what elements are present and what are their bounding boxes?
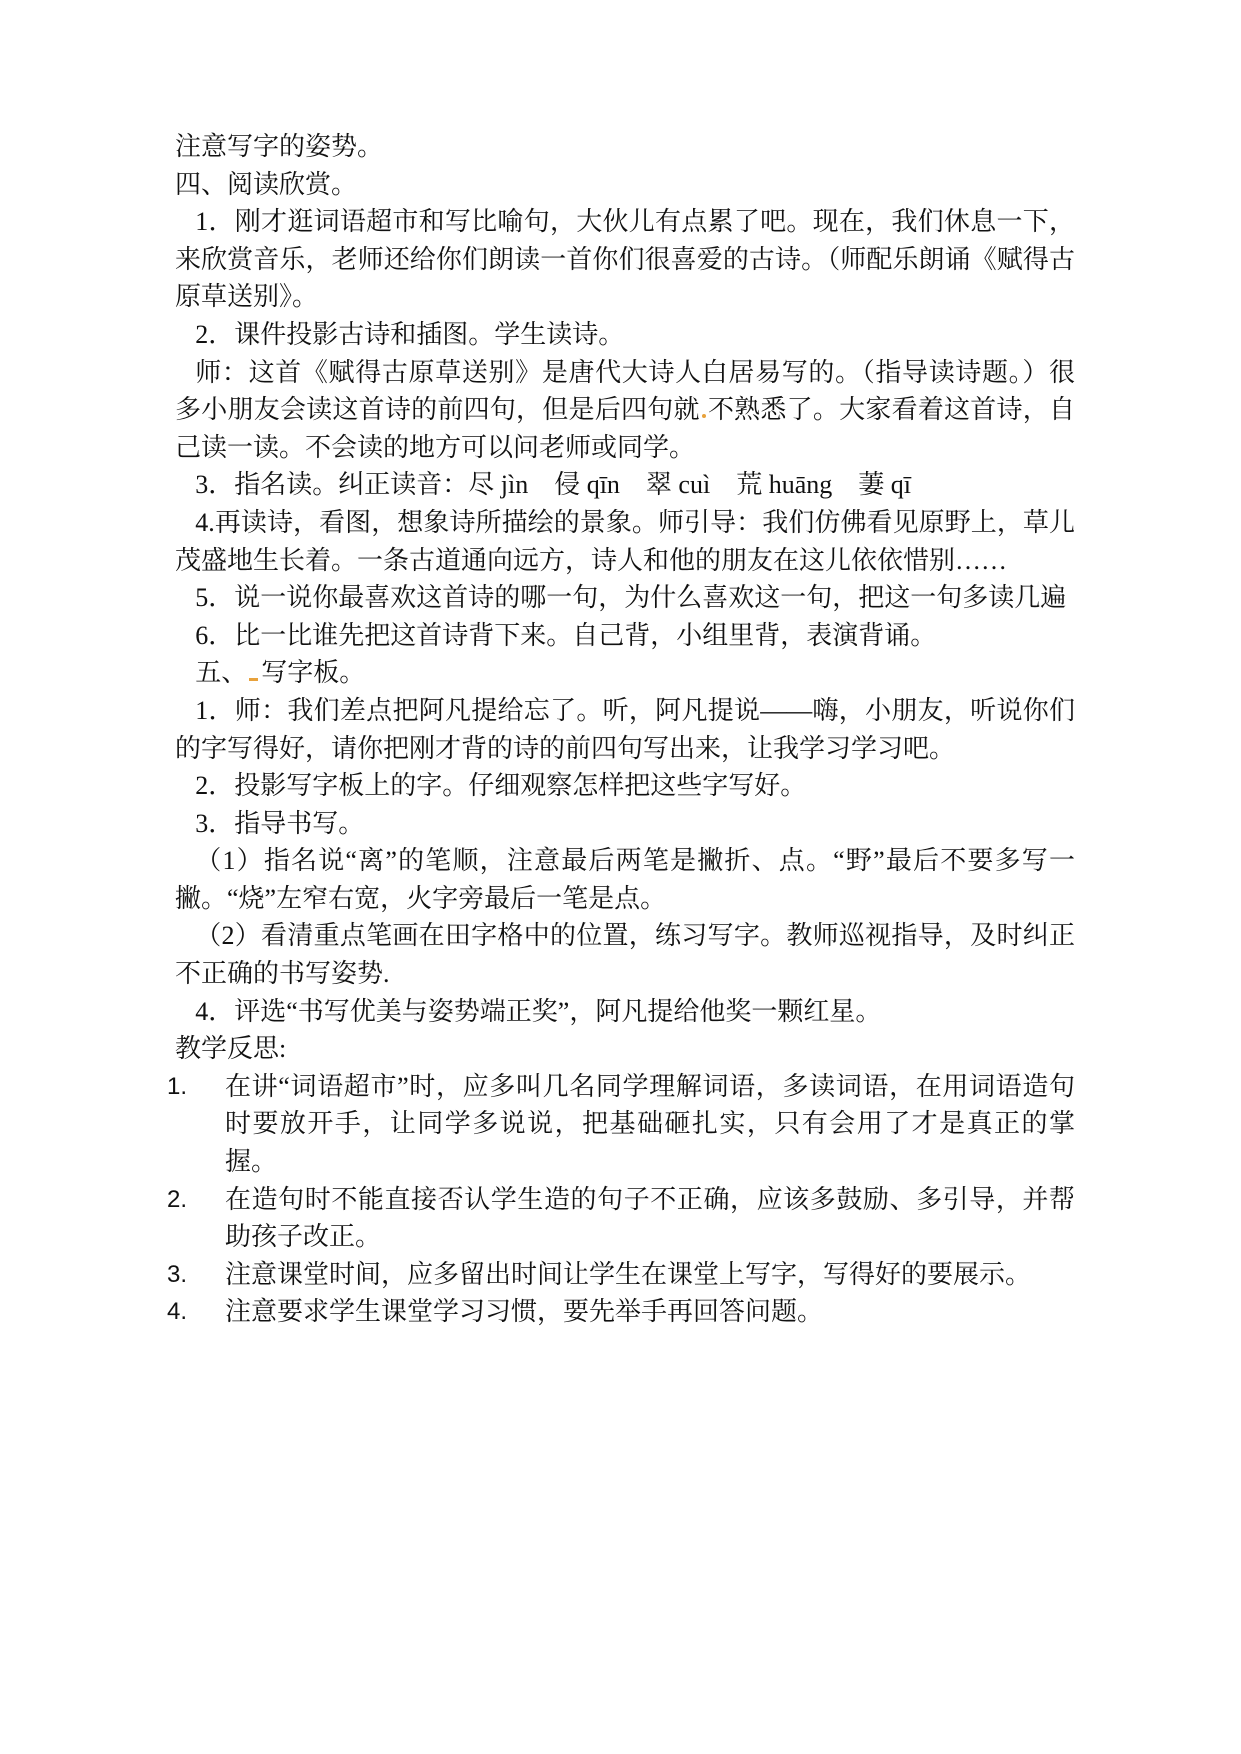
step-4: 4.再读诗，看图，想象诗所描绘的景象。师引导：我们仿佛看见原野上，草儿茂盛地生长… <box>175 504 1075 579</box>
text-run: 四、阅读欣赏。 <box>175 170 357 199</box>
step-5: 5．说一说你最喜欢这首诗的哪一句，为什么喜欢这一句，把这一句多读几遍 <box>175 579 1075 617</box>
teacher-speech: 师：这首《赋得古原草送别》是唐代大诗人白居易写的。（指导读诗题。）很多小朋友会读… <box>175 354 1075 467</box>
text-run: （2）看清重点笔画在田字格中的位置，练习写字。教师巡视指导，及时纠正不正确的书写… <box>175 921 1075 988</box>
text-run: 教学反思: <box>175 1034 286 1063</box>
step-4b: 4．评选“书写优美与姿势端正奖”，阿凡提给他奖一颗红星。 <box>175 993 1075 1031</box>
text-run: 1．师：我们差点把阿凡提给忘了。听，阿凡提说——嗨，小朋友，听说你们的字写得好，… <box>175 696 1075 763</box>
text-run: 五、 <box>195 658 247 687</box>
text-run: 5．说一说你最喜欢这首诗的哪一句，为什么喜欢这一句，把这一句多读几遍 <box>195 583 1066 612</box>
list-marker: 4. <box>167 1293 187 1331</box>
step-3b: 3．指导书写。 <box>175 805 1075 843</box>
text-run: 6．比一比谁先把这首诗背下来。自己背，小组里背，表演背诵。 <box>195 621 936 650</box>
section-heading-4: 四、阅读欣赏。 <box>175 166 1075 204</box>
text-run: 在讲“词语超市”时，应多叫几名同学理解词语，多读词语，在用词语造句时要放开手，让… <box>225 1072 1075 1176</box>
text-run: 3．指名读。纠正读音：尽 jìn 侵 qīn 翠 cuì 荒 huāng 萋 q… <box>195 470 911 499</box>
list-marker: 2. <box>167 1181 187 1219</box>
text-run: 在造句时不能直接否认学生造的句子不正确，应该多鼓励、多引导，并帮助孩子改正。 <box>225 1185 1075 1252</box>
text-run: 2．课件投影古诗和插图。学生读诗。 <box>195 320 624 349</box>
text-run: 2．投影写字板上的字。仔细观察怎样把这些字写好。 <box>195 771 806 800</box>
section-heading-5: 五、写字板。 <box>175 654 1075 692</box>
text-run: 4.再读诗，看图，想象诗所描绘的景象。师引导：我们仿佛看见原野上，草儿茂盛地生长… <box>175 508 1075 575</box>
step-3: 3．指名读。纠正读音：尽 jìn 侵 qīn 翠 cuì 荒 huāng 萋 q… <box>175 466 1075 504</box>
document-page: 注意写字的姿势。四、阅读欣赏。1．刚才逛词语超市和写比喻句，大伙儿有点累了吧。现… <box>0 0 1241 1754</box>
spellcheck-dash-annotation <box>249 678 258 681</box>
reflection-item: 3.注意课堂时间，应多留出时间让学生在课堂上写字，写得好的要展示。 <box>175 1256 1075 1294</box>
text-run: 注意写字的姿势。 <box>175 132 383 161</box>
reflection-item: 4.注意要求学生课堂学习习惯，要先举手再回答问题。 <box>175 1293 1075 1331</box>
substep-1: （1）指名说“离”的笔顺，注意最后两笔是撇折、点。“野”最后不要多写一撇。“烧”… <box>175 842 1075 917</box>
step-2: 2．课件投影古诗和插图。学生读诗。 <box>175 316 1075 354</box>
text-run: 3．指导书写。 <box>195 809 364 838</box>
document-content: 注意写字的姿势。四、阅读欣赏。1．刚才逛词语超市和写比喻句，大伙儿有点累了吧。现… <box>175 128 1075 1331</box>
step-1b: 1．师：我们差点把阿凡提给忘了。听，阿凡提说——嗨，小朋友，听说你们的字写得好，… <box>175 692 1075 767</box>
text-run: 4．评选“书写优美与姿势端正奖”，阿凡提给他奖一颗红星。 <box>195 997 881 1026</box>
text-run: 注意要求学生课堂学习习惯，要先举手再回答问题。 <box>225 1297 823 1326</box>
paragraph: 注意写字的姿势。 <box>175 128 1075 166</box>
reflection-item: 2.在造句时不能直接否认学生造的句子不正确，应该多鼓励、多引导，并帮助孩子改正。 <box>175 1181 1075 1256</box>
text-run: （1）指名说“离”的笔顺，注意最后两笔是撇折、点。“野”最后不要多写一撇。“烧”… <box>175 846 1075 913</box>
spellcheck-dot-annotation <box>702 414 706 418</box>
text-run: 注意课堂时间，应多留出时间让学生在课堂上写字，写得好的要展示。 <box>225 1260 1031 1289</box>
list-marker: 3. <box>167 1256 187 1294</box>
step-6: 6．比一比谁先把这首诗背下来。自己背，小组里背，表演背诵。 <box>175 617 1075 655</box>
text-run: 1．刚才逛词语超市和写比喻句，大伙儿有点累了吧。现在，我们休息一下，来欣赏音乐，… <box>175 207 1075 311</box>
list-marker: 1. <box>167 1068 187 1106</box>
step-1: 1．刚才逛词语超市和写比喻句，大伙儿有点累了吧。现在，我们休息一下，来欣赏音乐，… <box>175 203 1075 316</box>
text-run: 写字板。 <box>261 658 365 687</box>
substep-2: （2）看清重点笔画在田字格中的位置，练习写字。教师巡视指导，及时纠正不正确的书写… <box>175 917 1075 992</box>
reflection-item: 1.在讲“词语超市”时，应多叫几名同学理解词语，多读词语，在用词语造句时要放开手… <box>175 1068 1075 1181</box>
reflection-heading: 教学反思: <box>175 1030 1075 1068</box>
step-2b: 2．投影写字板上的字。仔细观察怎样把这些字写好。 <box>175 767 1075 805</box>
